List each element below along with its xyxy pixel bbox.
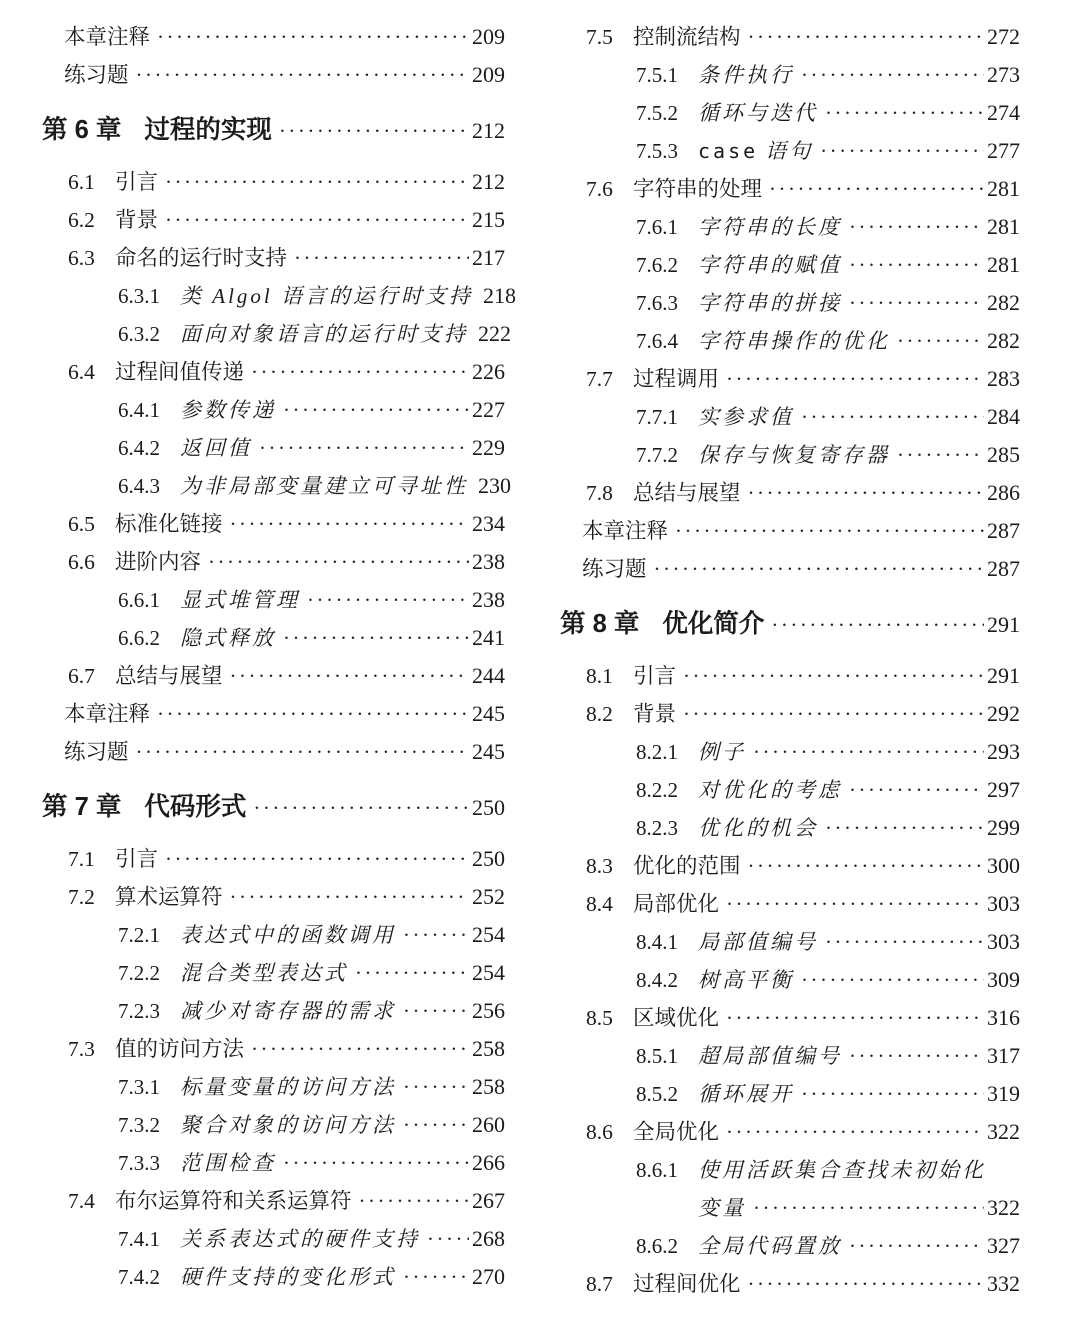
toc-entry-page-number: 254 [472,916,505,954]
toc-entry-page-number: 234 [472,505,505,543]
toc-entry-page-number: 230 [478,467,511,505]
toc-entry-title: 显式堆管理 [180,581,300,619]
toc-entry-6-1: 6.1引言212 [42,163,505,201]
toc-entry-page-number: 292 [987,695,1020,733]
toc-entry-6-4: 6.4过程间值传递226 [42,353,505,391]
toc-entry-number: 8.5.2 [636,1075,698,1113]
toc-entry-8-6-2: 8.6.2全局代码置放327 [560,1227,1020,1265]
toc-entry-8-5-1: 8.5.1超局部值编号317 [560,1037,1020,1075]
toc-entry-7-8: 7.8总结与展望286 [560,474,1020,512]
toc-entry-page-number: 277 [987,132,1020,170]
toc-entry-number: 第 8 章 [560,601,639,647]
toc-entry-7-3: 7.3值的访问方法258 [42,1030,505,1068]
toc-page: 本章注释209练习题209第 6 章过程的实现2126.1引言2126.2背景2… [0,0,1080,1303]
toc-entry-本章注释: 本章注释209 [42,18,505,56]
toc-column-right: 7.5控制流结构2727.5.1条件执行2737.5.2循环与迭代2747.5.… [560,18,1020,1303]
toc-entry-number: 7.4.1 [118,1220,180,1258]
toc-entry-page-number: 267 [472,1182,505,1220]
toc-entry-number: 6.7 [68,657,115,695]
toc-entry-title: 隐式释放 [180,619,276,657]
dot-leader [136,56,469,94]
toc-entry-8-2-3: 8.2.3优化的机会299 [560,809,1020,847]
toc-entry-本章注释: 本章注释245 [42,695,505,733]
dot-leader [283,1144,469,1182]
toc-entry-title: 优化简介 [662,601,764,647]
toc-entry-title: 对优化的考虑 [698,771,842,809]
toc-entry-title: 本章注释 [64,695,150,733]
toc-entry-page-number: 284 [987,398,1020,436]
toc-entry-page-number: 270 [472,1258,505,1296]
toc-entry-title: 字符串的拼接 [698,284,842,322]
dot-leader [769,170,984,208]
toc-entry-number: 7.3.1 [118,1068,180,1106]
dot-leader [230,657,469,695]
toc-entry-page-number: 244 [472,657,505,695]
dot-leader [825,923,984,961]
toc-entry-title: 引言 [633,657,676,695]
toc-entry-page-number: 299 [987,809,1020,847]
toc-entry-page-number: 287 [987,550,1020,588]
toc-entry-7-1: 7.1引言250 [42,840,505,878]
dot-leader [403,1068,469,1106]
toc-entry-page-number: 254 [472,954,505,992]
toc-entry-page-number: 286 [987,474,1020,512]
dot-leader [208,543,469,581]
toc-entry-number: 6.3.1 [118,277,180,315]
toc-entry-7-5-1: 7.5.1条件执行273 [560,56,1020,94]
toc-entry-number: 6.4 [68,353,115,391]
toc-entry-number: 7.7.2 [636,436,698,474]
toc-entry-number: 7.2 [68,878,115,916]
toc-entry-title: 引言 [115,163,158,201]
toc-entry-number: 8.6.1 [636,1151,698,1189]
dot-leader [165,840,469,878]
toc-entry-number: 第 6 章 [42,107,121,153]
toc-entry-7-2-2: 7.2.2混合类型表达式254 [42,954,505,992]
toc-entry-title: 条件执行 [698,56,794,94]
toc-entry-number: 7.4.2 [118,1258,180,1296]
toc-entry-title: 背景 [633,695,676,733]
toc-entry-number: 8.4.1 [636,923,698,961]
toc-entry-title: 过程调用 [633,360,719,398]
toc-entry-7-6-3: 7.6.3字符串的拼接282 [560,284,1020,322]
toc-entry-title: 算术运算符 [115,878,223,916]
dot-leader [251,353,469,391]
toc-entry-number: 6.3.2 [118,315,180,353]
dot-leader [825,809,984,847]
toc-entry-title: 过程的实现 [144,107,272,153]
toc-entry-page-number: 241 [472,619,505,657]
dot-leader [849,1227,984,1265]
dot-leader [748,1265,984,1303]
dot-leader [675,512,984,550]
toc-entry-8-3: 8.3优化的范围300 [560,847,1020,885]
dot-leader [157,18,469,56]
toc-entry-6-2: 6.2背景215 [42,201,505,239]
dot-leader [726,360,984,398]
toc-entry-title: 例子 [698,733,746,771]
toc-entry-7-5-3: 7.5.3case语句277 [560,132,1020,170]
toc-entry-8-5-2: 8.5.2循环展开319 [560,1075,1020,1113]
dot-leader [230,505,469,543]
toc-entry-page-number: 256 [472,992,505,1030]
toc-entry-title: 练习题 [64,56,129,94]
toc-entry-number: 7.6 [586,170,633,208]
toc-entry-page-number: 229 [472,429,505,467]
dot-leader [251,1030,469,1068]
toc-entry-8-5: 8.5区域优化316 [560,999,1020,1037]
dot-leader [801,1075,984,1113]
toc-entry-number: 7.8 [586,474,633,512]
toc-entry-page-number: 273 [987,56,1020,94]
toc-entry-number: 8.3 [586,847,633,885]
toc-entry-number: 8.5 [586,999,633,1037]
toc-entry-title: 硬件支持的变化形式 [180,1258,396,1296]
dot-leader [820,132,984,170]
toc-entry-6-3-1: 6.3.1类 Algol 语言的运行时支持218 [42,277,505,315]
dot-leader [403,1258,469,1296]
dot-leader [897,322,984,360]
toc-entry-title: 控制流结构 [633,18,741,56]
toc-entry-page-number: 218 [483,277,516,315]
dot-leader [753,733,984,771]
toc-entry-title: 字符串的赋值 [698,246,842,284]
toc-entry-page-number: 222 [478,315,511,353]
dot-leader [726,999,984,1037]
toc-entry-page-number: 258 [472,1030,505,1068]
toc-entry-page-number: 258 [472,1068,505,1106]
toc-entry-7-6-2: 7.6.2字符串的赋值281 [560,246,1020,284]
toc-entry-page-number: 250 [472,840,505,878]
toc-entry-number: 7.2.2 [118,954,180,992]
toc-entry-number: 7.5 [586,18,633,56]
toc-entry-number: 6.3 [68,239,115,277]
toc-entry-8-2-1: 8.2.1例子293 [560,733,1020,771]
toc-entry-7-3-1: 7.3.1标量变量的访问方法258 [42,1068,505,1106]
toc-entry-page-number: 293 [987,733,1020,771]
toc-entry-page-number: 250 [472,785,505,831]
dot-leader [253,784,469,831]
toc-entry-8-4: 8.4局部优化303 [560,885,1020,923]
toc-entry-number: 8.6.2 [636,1227,698,1265]
toc-entry-number: 7.6.2 [636,246,698,284]
toc-entry-number: 7.3 [68,1030,115,1068]
toc-entry-page-number: 212 [472,108,505,154]
toc-entry-8-2-2: 8.2.2对优化的考虑297 [560,771,1020,809]
toc-entry-number: 6.4.2 [118,429,180,467]
toc-entry-title: 总结与展望 [633,474,741,512]
toc-entry-title-continued: 变量 [698,1189,746,1227]
toc-entry-7-4-2: 7.4.2硬件支持的变化形式270 [42,1258,505,1296]
dot-leader [897,436,984,474]
toc-entry-page-number: 300 [987,847,1020,885]
toc-entry-page-number: 303 [987,923,1020,961]
toc-entry-title: 代码形式 [144,784,246,830]
toc-entry-7-5: 7.5控制流结构272 [560,18,1020,56]
toc-entry-title: 保存与恢复寄存器 [698,436,890,474]
dot-leader [849,1037,984,1075]
toc-entry-number: 7.5.2 [636,94,698,132]
toc-entry-number: 7.6.4 [636,322,698,360]
toc-entry-number: 6.5 [68,505,115,543]
dot-leader [157,695,469,733]
toc-entry-7-2-1: 7.2.1表达式中的函数调用254 [42,916,505,954]
dot-leader [849,771,984,809]
toc-entry-title: 树高平衡 [698,961,794,999]
toc-entry-page-number: 317 [987,1037,1020,1075]
toc-entry-page-number: 327 [987,1227,1020,1265]
toc-entry-title: 局部值编号 [698,923,818,961]
toc-entry-page-number: 266 [472,1144,505,1182]
dot-leader [259,429,469,467]
toc-entry-6-4-1: 6.4.1参数传递227 [42,391,505,429]
toc-entry-number: 8.2.1 [636,733,698,771]
toc-entry-page-number: 274 [987,94,1020,132]
toc-entry-title: 使用活跃集合查找未初始化 [698,1151,986,1189]
toc-entry-page-number: 215 [472,201,505,239]
toc-entry-number: 7.6.1 [636,208,698,246]
toc-entry-number: 8.6 [586,1113,633,1151]
toc-entry-number: 6.6.2 [118,619,180,657]
toc-entry-7-7-2: 7.7.2保存与恢复寄存器285 [560,436,1020,474]
toc-entry-number: 8.2.2 [636,771,698,809]
toc-entry-title: 值的访问方法 [115,1030,244,1068]
toc-entry-number: 7.6.3 [636,284,698,322]
dot-leader [825,94,984,132]
toc-entry-title: 表达式中的函数调用 [180,916,396,954]
toc-entry-page-number: 238 [472,543,505,581]
toc-entry-page-number: 322 [987,1113,1020,1151]
toc-entry-第-7-章: 第 7 章代码形式250 [42,784,505,831]
toc-entry-page-number: 281 [987,246,1020,284]
toc-entry-title: 练习题 [582,550,647,588]
toc-entry-title: 为非局部变量建立可寻址性 [180,467,468,505]
toc-entry-title: 面向对象语言的运行时支持 [180,315,468,353]
toc-entry-7-2-3: 7.2.3减少对寄存器的需求256 [42,992,505,1030]
toc-entry-title: 返回值 [180,429,252,467]
toc-entry-8-1: 8.1引言291 [560,657,1020,695]
toc-entry-page-number: 297 [987,771,1020,809]
dot-leader [748,474,984,512]
toc-entry-本章注释: 本章注释287 [560,512,1020,550]
toc-entry-title: 字符串操作的优化 [698,322,890,360]
toc-entry-page-number: 260 [472,1106,505,1144]
toc-entry-number: 7.7.1 [636,398,698,436]
toc-entry-title: 关系表达式的硬件支持 [180,1220,420,1258]
dot-leader [849,246,984,284]
toc-entry-number: 8.2 [586,695,633,733]
toc-entry-page-number: 245 [472,733,505,771]
toc-entry-8-7: 8.7过程间优化332 [560,1265,1020,1303]
toc-entry-page-number: 245 [472,695,505,733]
toc-entry-title: 字符串的长度 [698,208,842,246]
toc-entry-title: 命名的运行时支持 [115,239,287,277]
toc-entry-number: 6.1 [68,163,115,201]
toc-entry-title: 引言 [115,840,158,878]
toc-entry-title: 布尔运算符和关系运算符 [115,1182,352,1220]
toc-entry-练习题: 练习题287 [560,550,1020,588]
toc-entry-7-7: 7.7过程调用283 [560,360,1020,398]
toc-entry-6-5: 6.5标准化链接234 [42,505,505,543]
dot-leader [748,847,984,885]
toc-entry-number: 7.3.3 [118,1144,180,1182]
toc-entry-8-4-1: 8.4.1局部值编号303 [560,923,1020,961]
toc-entry-6-7: 6.7总结与展望244 [42,657,505,695]
dot-leader [403,916,469,954]
toc-entry-page-number: 319 [987,1075,1020,1113]
toc-entry-title: 练习题 [64,733,129,771]
toc-entry-number: 6.4.1 [118,391,180,429]
toc-entry-page-number: 227 [472,391,505,429]
toc-entry-page-number: 226 [472,353,505,391]
dot-leader [801,56,984,94]
toc-entry-title: 优化的范围 [633,847,741,885]
dot-leader [726,885,984,923]
dot-leader [307,581,469,619]
toc-entry-title: 减少对寄存器的需求 [180,992,396,1030]
toc-entry-continuation: 变量322 [560,1189,1020,1227]
dot-leader [283,391,469,429]
toc-entry-page-number: 282 [987,322,1020,360]
dot-leader [355,954,469,992]
toc-entry-number: 7.3.2 [118,1106,180,1144]
toc-entry-7-4-1: 7.4.1关系表达式的硬件支持268 [42,1220,505,1258]
dot-leader [283,619,469,657]
dot-leader [654,550,984,588]
toc-entry-6-3: 6.3命名的运行时支持217 [42,239,505,277]
toc-entry-page-number: 268 [472,1220,505,1258]
toc-entry-7-5-2: 7.5.2循环与迭代274 [560,94,1020,132]
toc-entry-6-6: 6.6进阶内容238 [42,543,505,581]
toc-entry-title: 循环展开 [698,1075,794,1113]
toc-entry-number: 8.4.2 [636,961,698,999]
toc-entry-page-number: 281 [987,208,1020,246]
toc-entry-page-number: 322 [987,1189,1020,1227]
toc-entry-title: 范围检查 [180,1144,276,1182]
toc-entry-7-3-3: 7.3.3范围检查266 [42,1144,505,1182]
toc-entry-page-number: 291 [987,602,1020,648]
dot-leader [683,695,984,733]
toc-entry-page-number: 209 [472,18,505,56]
toc-entry-number: 6.2 [68,201,115,239]
toc-entry-page-number: 281 [987,170,1020,208]
dot-leader [359,1182,469,1220]
dot-leader [403,992,469,1030]
toc-entry-number: 8.5.1 [636,1037,698,1075]
toc-entry-8-6-1: 8.6.1使用活跃集合查找未初始化 [560,1151,1020,1189]
toc-entry-7-6-4: 7.6.4字符串操作的优化282 [560,322,1020,360]
dot-leader [726,1113,984,1151]
toc-entry-number: 8.2.3 [636,809,698,847]
dot-leader [136,733,469,771]
toc-entry-练习题: 练习题245 [42,733,505,771]
toc-entry-练习题: 练习题209 [42,56,505,94]
toc-entry-title: 循环与迭代 [698,94,818,132]
toc-entry-number: 7.2.1 [118,916,180,954]
toc-entry-title: 总结与展望 [115,657,223,695]
toc-entry-7-4: 7.4布尔运算符和关系运算符267 [42,1182,505,1220]
toc-column-left: 本章注释209练习题209第 6 章过程的实现2126.1引言2126.2背景2… [42,18,505,1303]
toc-entry-8-2: 8.2背景292 [560,695,1020,733]
toc-entry-number: 8.4 [586,885,633,923]
toc-entry-7-3-2: 7.3.2聚合对象的访问方法260 [42,1106,505,1144]
toc-entry-number: 6.6.1 [118,581,180,619]
toc-entry-title: 进阶内容 [115,543,201,581]
dot-leader [294,239,469,277]
toc-entry-number: 6.4.3 [118,467,180,505]
dot-leader [165,201,469,239]
dot-leader [279,107,469,154]
toc-entry-number: 6.6 [68,543,115,581]
toc-entry-title: 混合类型表达式 [180,954,348,992]
toc-entry-title: 区域优化 [633,999,719,1037]
toc-entry-page-number: 212 [472,163,505,201]
toc-entry-page-number: 287 [987,512,1020,550]
toc-entry-title: 字符串的处理 [633,170,762,208]
toc-entry-title: 聚合对象的访问方法 [180,1106,396,1144]
toc-entry-6-4-2: 6.4.2返回值229 [42,429,505,467]
toc-entry-number: 7.7 [586,360,633,398]
toc-entry-page-number: 291 [987,657,1020,695]
dot-leader [849,208,984,246]
dot-leader [753,1189,984,1227]
toc-entry-title: 类 Algol 语言的运行时支持 [180,277,473,315]
toc-entry-第-6-章: 第 6 章过程的实现212 [42,107,505,154]
toc-entry-title: 局部优化 [633,885,719,923]
toc-entry-page-number: 303 [987,885,1020,923]
toc-entry-number: 7.4 [68,1182,115,1220]
toc-entry-page-number: 285 [987,436,1020,474]
dot-leader [748,18,984,56]
toc-entry-title: 标量变量的访问方法 [180,1068,396,1106]
toc-entry-page-number: 209 [472,56,505,94]
dot-leader [427,1220,469,1258]
toc-entry-page-number: 332 [987,1265,1020,1303]
toc-entry-title: 过程间值传递 [115,353,244,391]
toc-entry-title: 超局部值编号 [698,1037,842,1075]
dot-leader [801,398,984,436]
toc-entry-7-7-1: 7.7.1实参求值284 [560,398,1020,436]
toc-entry-title: 实参求值 [698,398,794,436]
toc-entry-title: 过程间优化 [633,1265,741,1303]
toc-entry-6-4-3: 6.4.3为非局部变量建立可寻址性230 [42,467,505,505]
dot-leader [801,961,984,999]
toc-entry-title: 语句 [765,132,813,170]
toc-entry-number: 第 7 章 [42,784,121,830]
toc-entry-number: 8.1 [586,657,633,695]
toc-entry-title: 标准化链接 [115,505,223,543]
dot-leader [771,601,984,648]
toc-entry-page-number: 238 [472,581,505,619]
toc-entry-第-8-章: 第 8 章优化简介291 [560,601,1020,648]
toc-entry-7-6: 7.6字符串的处理281 [560,170,1020,208]
toc-entry-6-3-2: 6.3.2面向对象语言的运行时支持222 [42,315,505,353]
toc-entry-8-4-2: 8.4.2树高平衡309 [560,961,1020,999]
toc-entry-number: 7.2.3 [118,992,180,1030]
dot-leader [849,284,984,322]
dot-leader [683,657,984,695]
toc-entry-title: 本章注释 [582,512,668,550]
toc-entry-6-6-1: 6.6.1显式堆管理238 [42,581,505,619]
toc-entry-number: 7.1 [68,840,115,878]
toc-entry-number: 7.5.3 [636,132,698,170]
dot-leader [403,1106,469,1144]
toc-entry-page-number: 316 [987,999,1020,1037]
toc-entry-title: 优化的机会 [698,809,818,847]
toc-entry-page-number: 309 [987,961,1020,999]
toc-entry-title-code: case [698,132,758,170]
toc-entry-8-6: 8.6全局优化322 [560,1113,1020,1151]
